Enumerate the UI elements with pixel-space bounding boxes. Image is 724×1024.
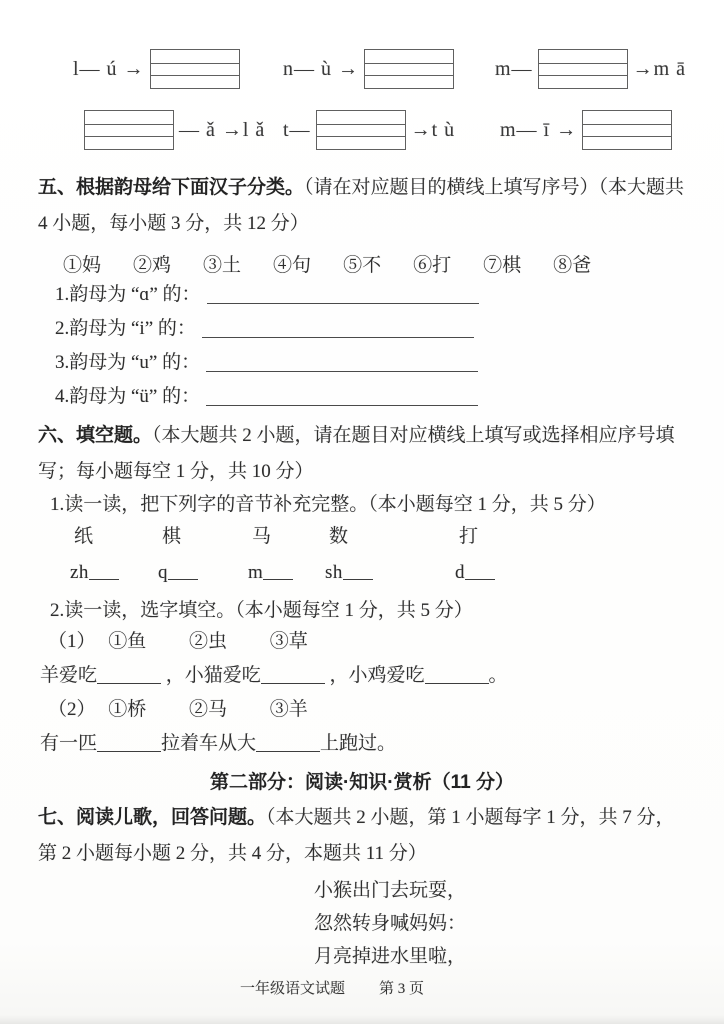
pinyin-grid-box — [150, 49, 240, 89]
sentence-text: 拉着车从大 — [161, 733, 256, 754]
onset-text: zh — [70, 562, 89, 583]
grid-line — [539, 63, 627, 64]
answer-blank-line — [202, 317, 474, 338]
part2-header: 第二部分：阅读·知识·赏析（11 分） — [38, 768, 686, 798]
syllable-blank — [89, 563, 119, 580]
pinyin-prefix-label: l— ú → — [73, 58, 145, 81]
q2-sub2-options: （2） ①桥 ②马 ③羊 — [38, 694, 686, 726]
choice-char: ②鸡 — [133, 250, 171, 277]
sub-label: （2） — [48, 699, 96, 720]
q2-sub2-sentence: 有一匹拉着车从大上跑过。 — [38, 726, 686, 762]
grid-line — [583, 124, 671, 125]
exam-page: l— ú → n— ù → m— →m ā — ǎ →l ǎ t— →t ù m… — [0, 0, 724, 1024]
sentence-text: ，小猫爱吃 — [161, 665, 261, 686]
fill-blank — [256, 733, 320, 752]
syllable-blank — [343, 563, 373, 580]
pinyin-group-1: l— ú → — [73, 49, 245, 89]
choice-char: ⑥打 — [413, 250, 451, 277]
syllable-column: 棋q — [158, 522, 198, 590]
page-footer: 一年级语文试题第 3 页 — [38, 977, 686, 998]
option-char: ③草 — [270, 631, 308, 652]
section5-title: 五、根据韵母给下面汉子分类。 — [38, 177, 304, 198]
vowel-item-label: 2.韵母为 “i” 的： — [55, 318, 196, 339]
section5-heading: 五、根据韵母给下面汉子分类。（请在对应题目的横线上填写序号）（本大题共 4 小题… — [38, 170, 686, 242]
vowel-item-a: 1.韵母为 “ɑ” 的： — [38, 278, 686, 312]
choice-char: ⑤不 — [343, 250, 381, 277]
pinyin-group-3: m— →m ā — [495, 49, 686, 89]
section5-choice-row: ①妈 ②鸡 ③土 ④句 ⑤不 ⑥打 ⑦棋 ⑧爸 — [38, 248, 686, 278]
option-char: ②马 — [189, 699, 227, 720]
grid-line — [85, 124, 173, 125]
q2-sub1-sentence: 羊爱吃 ，小猫爱吃 ，小鸡爱吃。 — [38, 658, 686, 694]
onset-text: sh — [325, 562, 343, 583]
hanzi-char: 打 — [459, 522, 495, 556]
fill-blank — [97, 665, 161, 684]
answer-blank-line — [206, 385, 478, 406]
grid-line — [151, 75, 239, 76]
pinyin-suffix-label: — ǎ →l ǎ — [179, 119, 265, 142]
poem: 小猴出门去玩耍， 忽然转身喊妈妈： 月亮掉进水里啦， — [38, 874, 686, 973]
choice-char: ⑧爸 — [553, 250, 591, 277]
choice-char: ④句 — [273, 250, 311, 277]
pinyin-grid-box — [364, 49, 454, 89]
vowel-item-label: 1.韵母为 “ɑ” 的： — [55, 284, 201, 305]
pinyin-grid-box — [582, 110, 672, 150]
syllable-column: 纸zh — [70, 522, 119, 590]
sub-label: （1） — [48, 631, 96, 652]
onset-text: d — [455, 562, 465, 583]
choice-char: ③土 — [203, 250, 241, 277]
onset-text: m — [248, 562, 263, 583]
fill-blank — [97, 733, 161, 752]
sentence-text: 上跑过。 — [320, 733, 396, 754]
grid-line — [317, 124, 405, 125]
doc-title: 一年级语文试题 — [240, 981, 345, 997]
option-char: ①桥 — [108, 699, 146, 720]
pinyin-group-4: — ǎ →l ǎ — [79, 110, 265, 150]
answer-blank-line — [206, 351, 478, 372]
choice-char: ⑦棋 — [483, 250, 521, 277]
pinyin-suffix-label: →m ā — [633, 58, 686, 81]
section7-heading: 七、阅读儿歌，回答问题。（本大题共 2 小题，第 1 小题每字 1 分，共 7 … — [38, 800, 686, 872]
grid-line — [365, 75, 453, 76]
pinyin-suffix-label: →t ù — [411, 119, 456, 142]
syllable-column: 马m — [248, 522, 293, 590]
pinyin-grid-box — [316, 110, 406, 150]
option-char: ①鱼 — [108, 631, 146, 652]
fill-blank — [261, 665, 325, 684]
q2-prompt: 2.读一读，选字填空。（本小题每空 1 分，共 5 分） — [38, 596, 686, 626]
pinyin-prefix-label: m— — [495, 58, 533, 81]
grid-line — [365, 63, 453, 64]
option-char: ③羊 — [270, 699, 308, 720]
grid-line — [583, 136, 671, 137]
vowel-item-i: 2.韵母为 “i” 的： — [38, 312, 686, 346]
grid-line — [539, 75, 627, 76]
vowel-item-u: 3.韵母为 “u” 的： — [38, 346, 686, 380]
syllable-column: 数sh — [325, 522, 373, 590]
syllable-column: 打d — [455, 522, 495, 590]
page-number: 第 3 页 — [379, 981, 424, 997]
vowel-item-label: 3.韵母为 “u” 的： — [55, 352, 200, 373]
hanzi-char: 纸 — [74, 522, 119, 556]
syllable-blank — [465, 563, 495, 580]
option-char: ②虫 — [189, 631, 227, 652]
choice-char: ①妈 — [63, 250, 101, 277]
section7-title: 七、阅读儿歌，回答问题。 — [38, 807, 266, 828]
hanzi-char: 数 — [329, 522, 373, 556]
pinyin-group-5: t— →t ù — [283, 110, 455, 150]
syllable-table: 纸zh 棋q 马m 数sh 打d — [38, 522, 686, 590]
sentence-text: 。 — [489, 665, 508, 686]
vowel-item-label: 4.韵母为 “ü” 的： — [55, 386, 200, 407]
fill-blank — [425, 665, 489, 684]
pinyin-grid-box — [538, 49, 628, 89]
pinyin-group-2: n— ù → — [283, 49, 459, 89]
syllable-blank — [263, 563, 293, 580]
vowel-item-v: 4.韵母为 “ü” 的： — [38, 380, 686, 414]
q2-sub1-options: （1） ①鱼 ②虫 ③草 — [38, 626, 686, 658]
sentence-text: 羊爱吃 — [40, 665, 97, 686]
answer-blank-line — [207, 283, 479, 304]
grid-line — [85, 136, 173, 137]
section6-heading: 六、填空题。（本大题共 2 小题，请在题目对应横线上填写或选择相应序号填写；每小… — [38, 418, 686, 490]
sentence-text: 有一匹 — [40, 733, 97, 754]
poem-line: 月亮掉进水里啦， — [94, 940, 686, 973]
pinyin-grid-box — [84, 110, 174, 150]
main-column: 五、根据韵母给下面汉子分类。（请在对应题目的横线上填写序号）（本大题共 4 小题… — [0, 170, 724, 998]
pinyin-prefix-label: t— — [283, 119, 311, 142]
grid-line — [317, 136, 405, 137]
poem-line: 小猴出门去玩耍， — [94, 874, 686, 907]
pinyin-group-6: m— ī → — [500, 110, 677, 150]
onset-text: q — [158, 562, 168, 583]
pinyin-prefix-label: n— ù → — [283, 58, 359, 81]
hanzi-char: 马 — [252, 522, 293, 556]
section6-title: 六、填空题。 — [38, 425, 152, 446]
syllable-blank — [168, 563, 198, 580]
pinyin-writing-drill: l— ú → n— ù → m— →m ā — ǎ →l ǎ t— →t ù m… — [0, 0, 724, 162]
grid-line — [151, 63, 239, 64]
poem-line: 忽然转身喊妈妈： — [94, 907, 686, 940]
hanzi-char: 棋 — [162, 522, 198, 556]
pinyin-prefix-label: m— ī → — [500, 119, 577, 142]
sentence-text: ，小鸡爱吃 — [325, 665, 425, 686]
q1-prompt: 1.读一读，把下列字的音节补充完整。（本小题每空 1 分，共 5 分） — [38, 490, 686, 520]
